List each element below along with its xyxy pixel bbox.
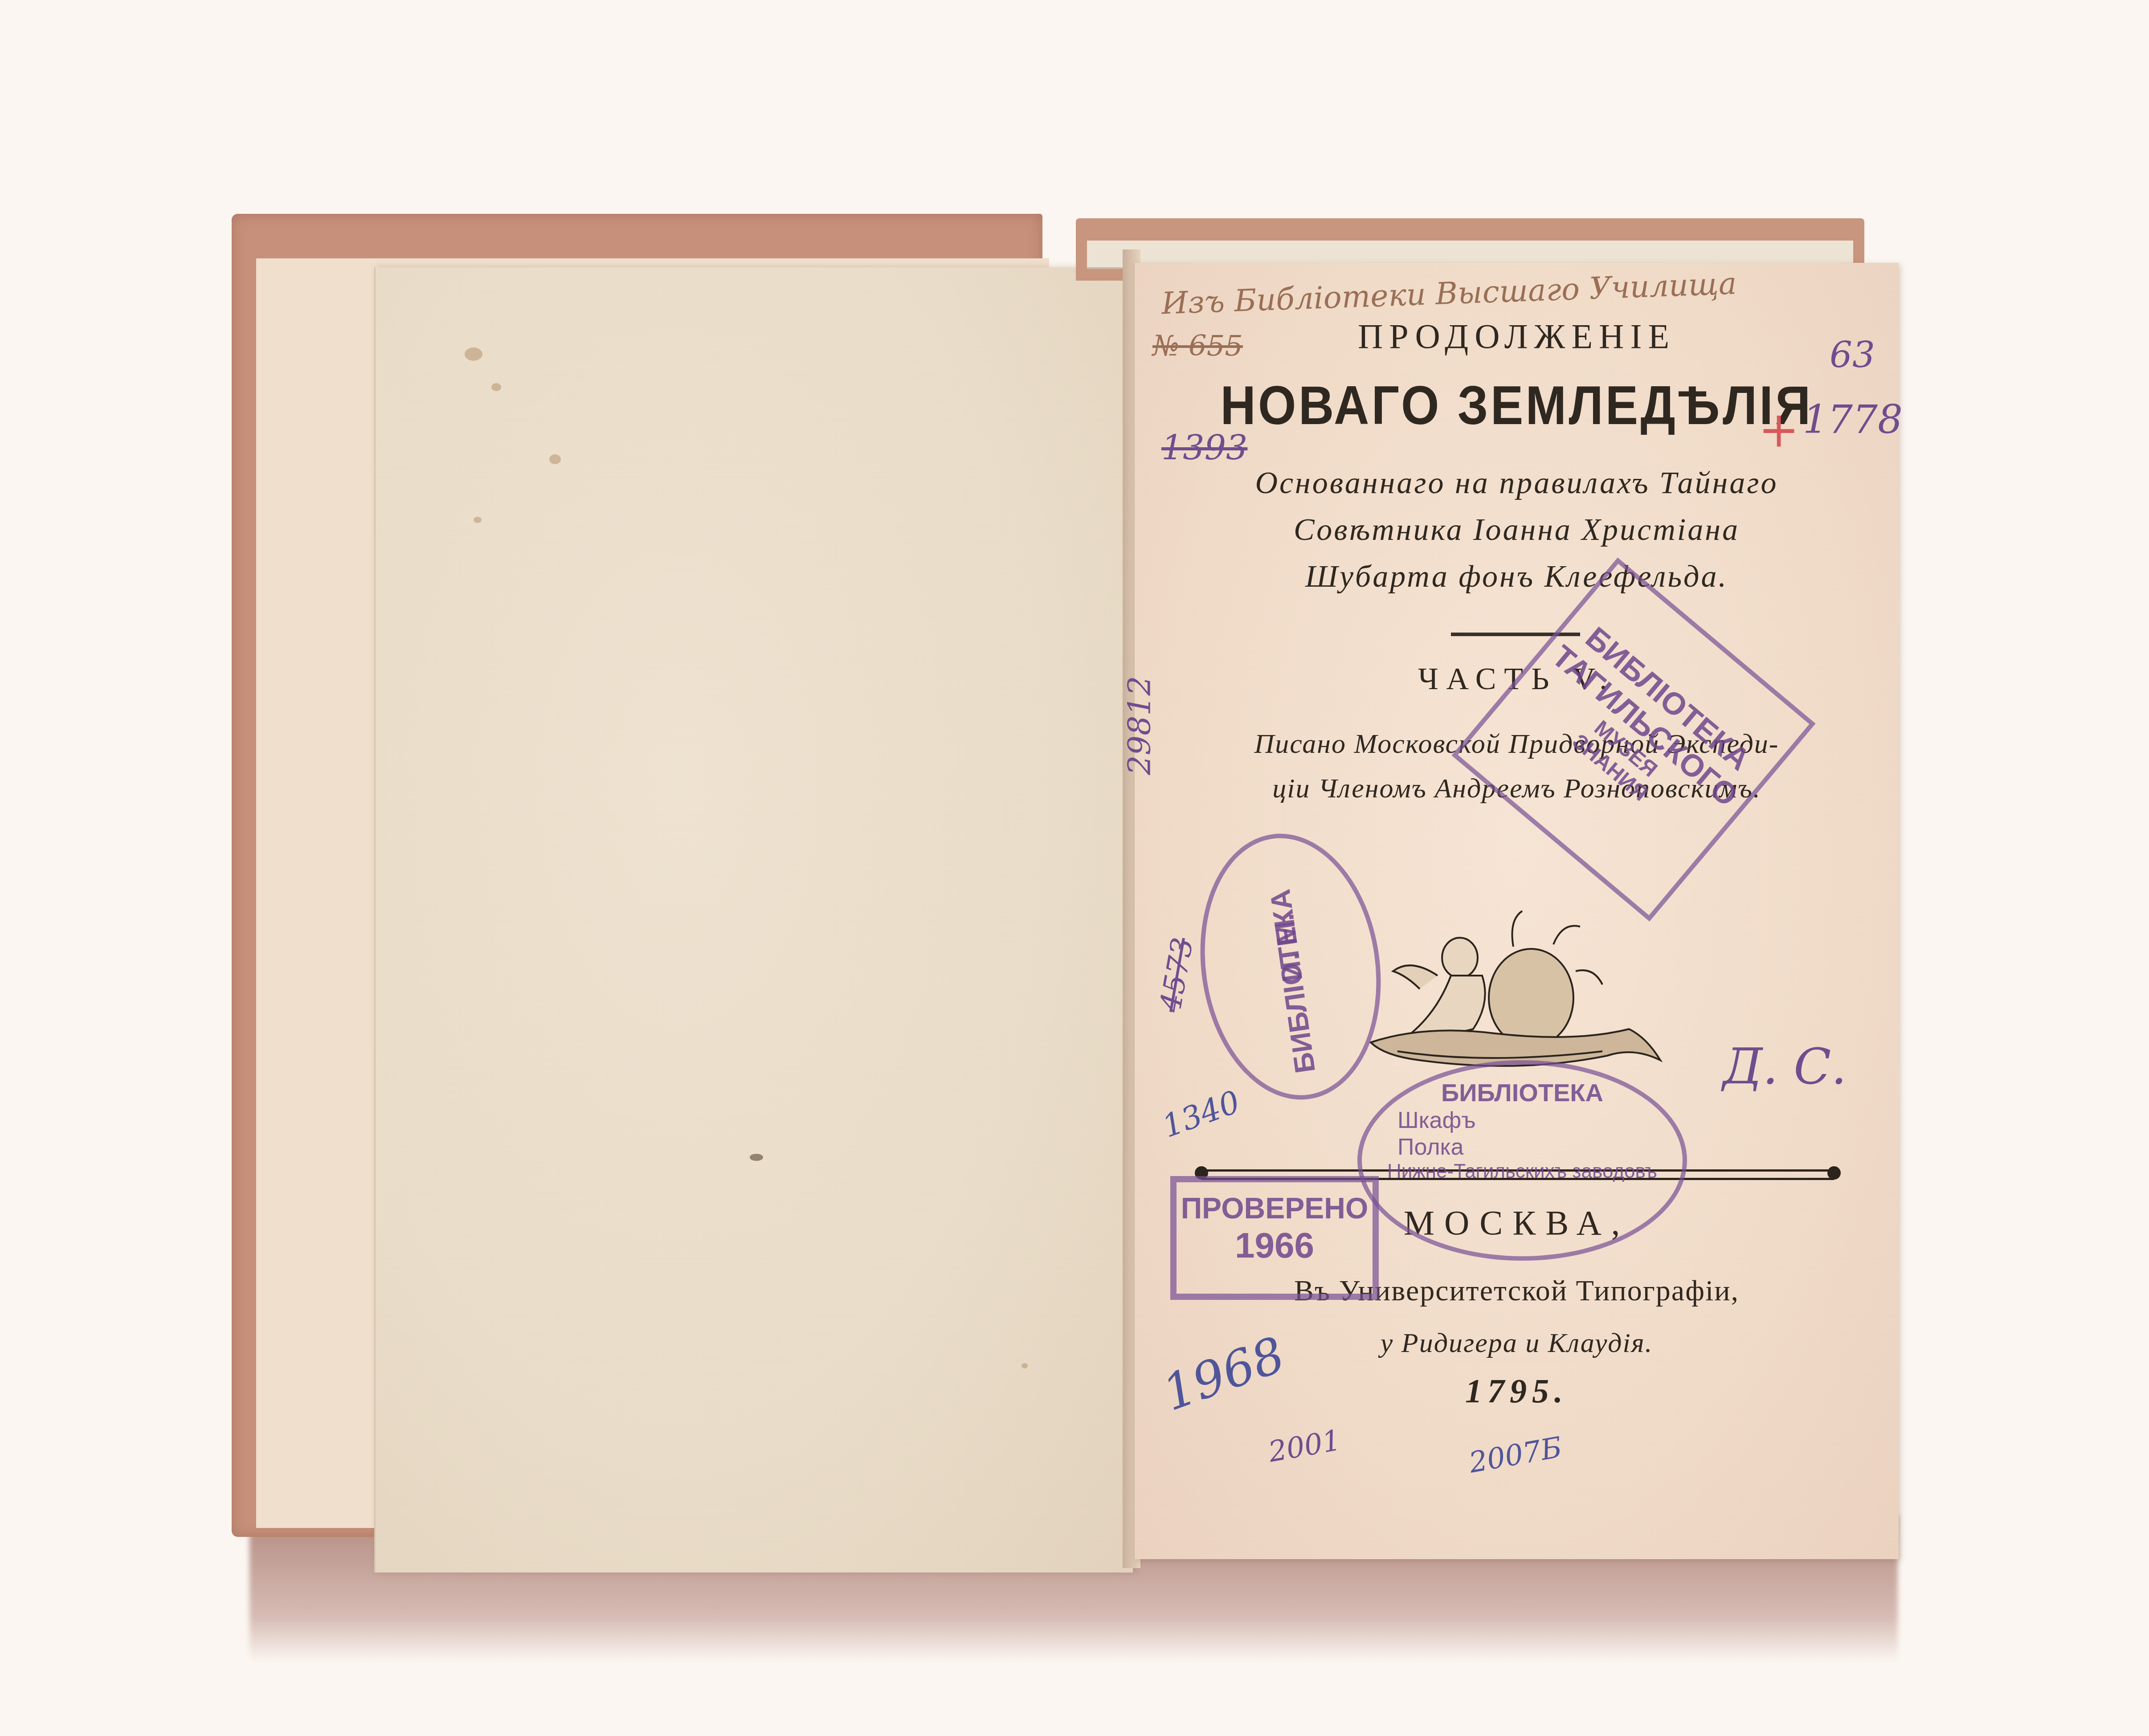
- initials: Д. С.: [1723, 1038, 1847, 1095]
- heading-small: ПРОДОЛЖЕНІЕ: [1135, 316, 1899, 356]
- red-cross-mark: +: [1758, 401, 1799, 458]
- subtitle-line-1: Основаннаго на правилахъ Тайнаго: [1135, 466, 1899, 501]
- subtitle-line-3: Шубарта фонъ Клеефельда.: [1135, 559, 1899, 595]
- shelf-number-1778: 1778: [1803, 396, 1903, 442]
- title-page: ПРОДОЛЖЕНІЕ НОВАГО ЗЕМЛЕДѢЛІЯ Основаннаг…: [1134, 263, 1899, 1559]
- left-crossed-number: 4573: [1153, 935, 1200, 1015]
- oval-library-stamp-bottom: БИБЛІОТЕКА Шкафъ Полка Нижне-Тагильскихъ…: [1357, 1060, 1687, 1261]
- shelf-number-63: 63: [1830, 334, 1875, 376]
- cherub-vignette-icon: [1344, 904, 1665, 1087]
- crossed-number-top: № 655: [1152, 330, 1243, 363]
- subtitle-line-2: Совѣтника Іоанна Христіана: [1135, 512, 1899, 548]
- crossed-number-mid: 1393: [1161, 428, 1247, 467]
- rect-museum-stamp: БИБЛІОТЕКА ТАГИЛЬСКОГО МУЗЕЯ ЗНАНИЯ: [1451, 557, 1815, 921]
- heading-large: НОВАГО ЗЕМЛЕДѢЛІЯ: [1173, 374, 1861, 437]
- rect-checked-stamp: ПРОВЕРЕНО 1966: [1170, 1176, 1379, 1300]
- left-number: 1340: [1157, 1083, 1244, 1145]
- number-2001: 2001: [1266, 1424, 1343, 1469]
- ownership-inscription: Изъ Библіотеки Высшаго Училища: [1161, 266, 1737, 321]
- number-2007: 2007Б: [1467, 1431, 1565, 1479]
- vertical-number: 29812: [1121, 676, 1158, 775]
- blank-flyleaf-page: [374, 267, 1133, 1573]
